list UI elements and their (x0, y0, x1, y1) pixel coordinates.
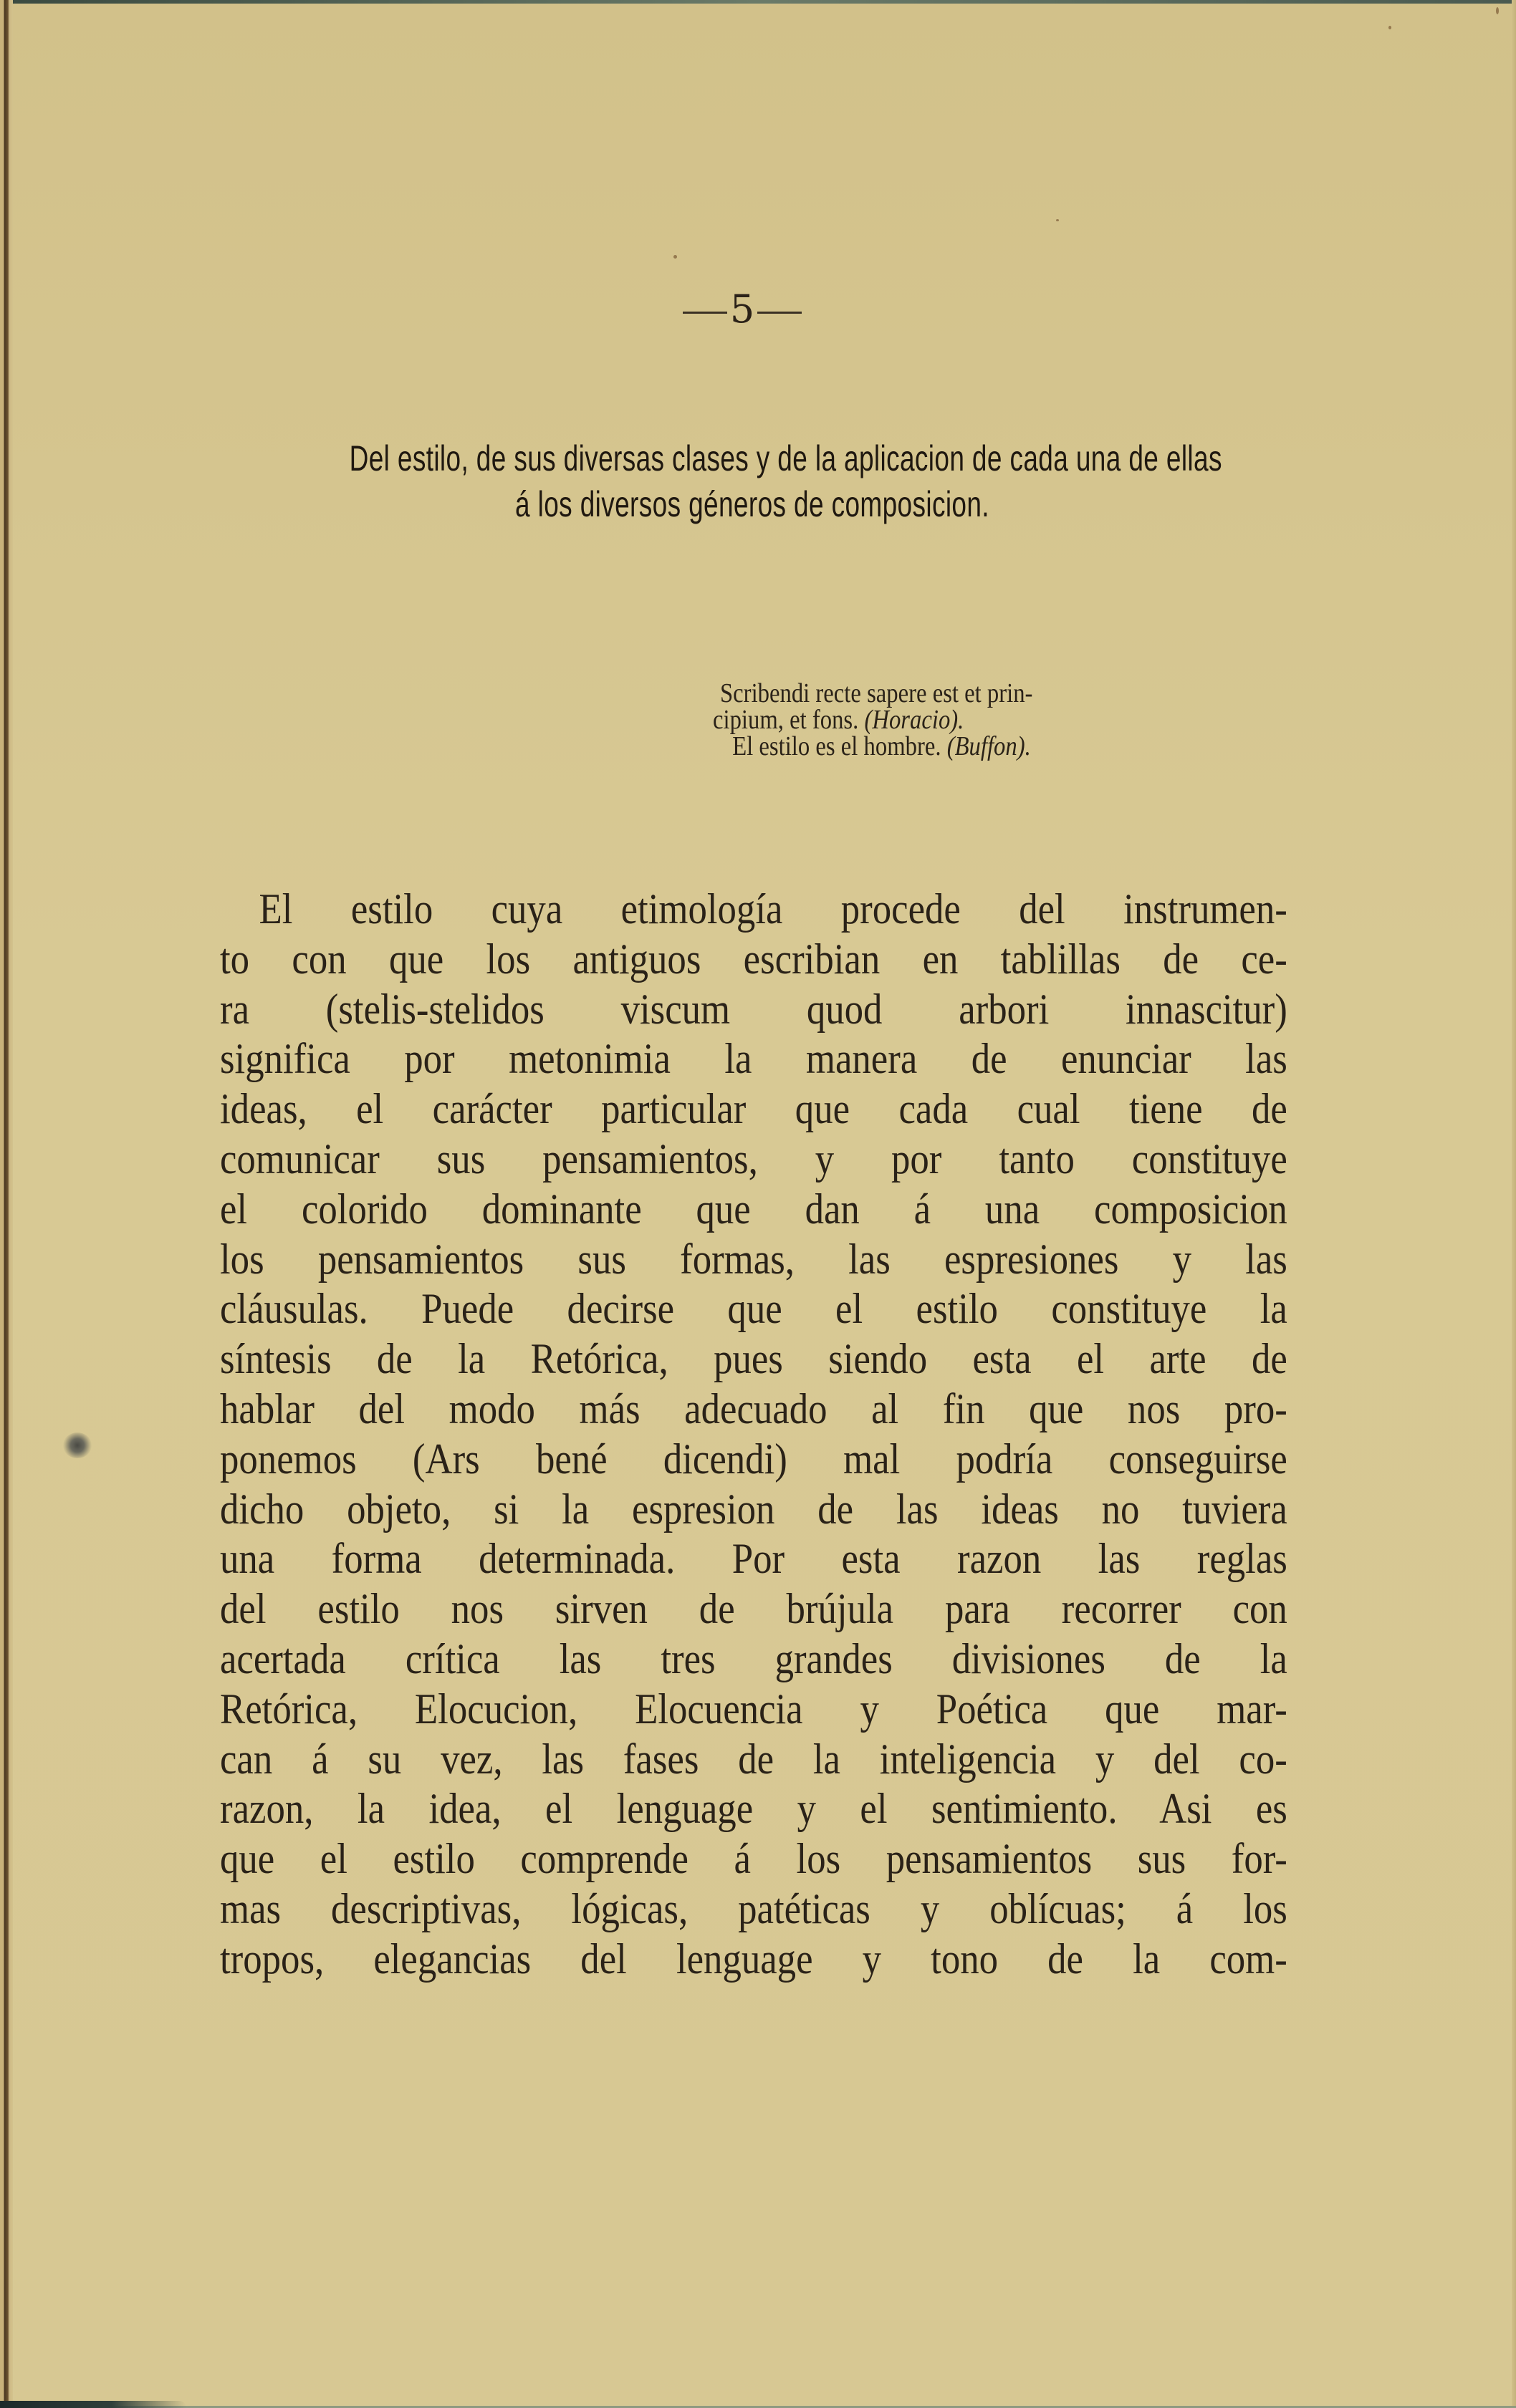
body-line: tropos, elegancias del lenguage y tono d… (220, 1935, 1287, 1985)
body-line: El estilo cuya etimología procede del in… (220, 885, 1287, 935)
paper-speck (673, 255, 677, 259)
epigraph-line: Scribendi recte sapere est et prin- (720, 680, 1213, 707)
body-line: síntesis de la Retórica, pues siendo est… (220, 1334, 1287, 1384)
epigraph-text: El estilo es el hombre. (732, 731, 941, 761)
epigraph: Scribendi recte sapere est et prin- cipi… (720, 680, 1293, 760)
body-line: acertada crítica las tres grandes divisi… (220, 1634, 1287, 1685)
chapter-heading-line: Del estilo, de sus diversas clases y de … (350, 435, 1156, 481)
body-line: que el estilo comprende á los pensamient… (220, 1834, 1287, 1884)
epigraph-attribution: (Horacio). (864, 705, 964, 735)
paper-speck (1056, 219, 1059, 221)
body-line: una forma determinada. Por esta razon la… (220, 1534, 1287, 1584)
body-line: hablar del modo más adecuado al fin que … (220, 1384, 1287, 1435)
body-paragraph: El estilo cuya etimología procede del in… (220, 885, 1287, 1985)
body-line: ra (stelis-stelidos viscum quod arbori i… (220, 985, 1287, 1035)
page-top-edge (0, 0, 1516, 4)
page-number-dash-right (757, 312, 802, 314)
page-binding-edge (0, 0, 13, 2408)
body-line: dicho objeto, si la espresion de las ide… (220, 1485, 1287, 1535)
body-line: significa por metonimia la manera de enu… (220, 1034, 1287, 1084)
paper-speck (1388, 26, 1391, 29)
body-line: mas descriptivas, lógicas, patéticas y o… (220, 1884, 1287, 1935)
chapter-heading: Del estilo, de sus diversas clases y de … (350, 435, 1156, 527)
chapter-heading-line: á los diversos géneros de composicion. (350, 481, 1156, 527)
page-number-value: 5 (730, 286, 754, 332)
body-line: can á su vez, las fases de la inteligenc… (220, 1735, 1287, 1785)
body-line: comunicar sus pensamientos, y por tanto … (220, 1135, 1287, 1185)
epigraph-line: El estilo es el hombre. (Buffon). (720, 733, 1213, 760)
body-line: Retórica, Elocucion, Elocuencia y Poétic… (220, 1685, 1287, 1735)
paper-speck (1496, 7, 1499, 14)
epigraph-line: cipium, et fons. (Horacio). (713, 707, 1212, 733)
body-line: el colorido dominante que dan á una comp… (220, 1185, 1287, 1235)
body-line: del estilo nos sirven de brújula para re… (220, 1584, 1287, 1634)
ink-stain (63, 1432, 92, 1458)
body-line: los pensamientos sus formas, las espresi… (220, 1235, 1287, 1285)
body-line: to con que los antiguos escribian en tab… (220, 935, 1287, 985)
epigraph-text: cipium, et fons. (713, 705, 858, 735)
epigraph-attribution: (Buffon). (947, 731, 1031, 761)
scanned-book-page: 5 Del estilo, de sus diversas clases y d… (0, 0, 1516, 2408)
body-line: ideas, el carácter particular que cada c… (220, 1084, 1287, 1135)
body-line: ponemos (Ars bené dicendi) mal podría co… (220, 1435, 1287, 1485)
page-number-dash-left (683, 312, 727, 314)
body-line: cláusulas. Puede decirse que el estilo c… (220, 1284, 1287, 1334)
page-bottom-corner-shadow (0, 2401, 186, 2408)
body-line: razon, la idea, el lenguage y el sentimi… (220, 1784, 1287, 1834)
page-right-edge (1512, 0, 1516, 2408)
epigraph-text: Scribendi recte sapere est et prin- (720, 678, 1032, 708)
page-number: 5 (678, 286, 807, 332)
